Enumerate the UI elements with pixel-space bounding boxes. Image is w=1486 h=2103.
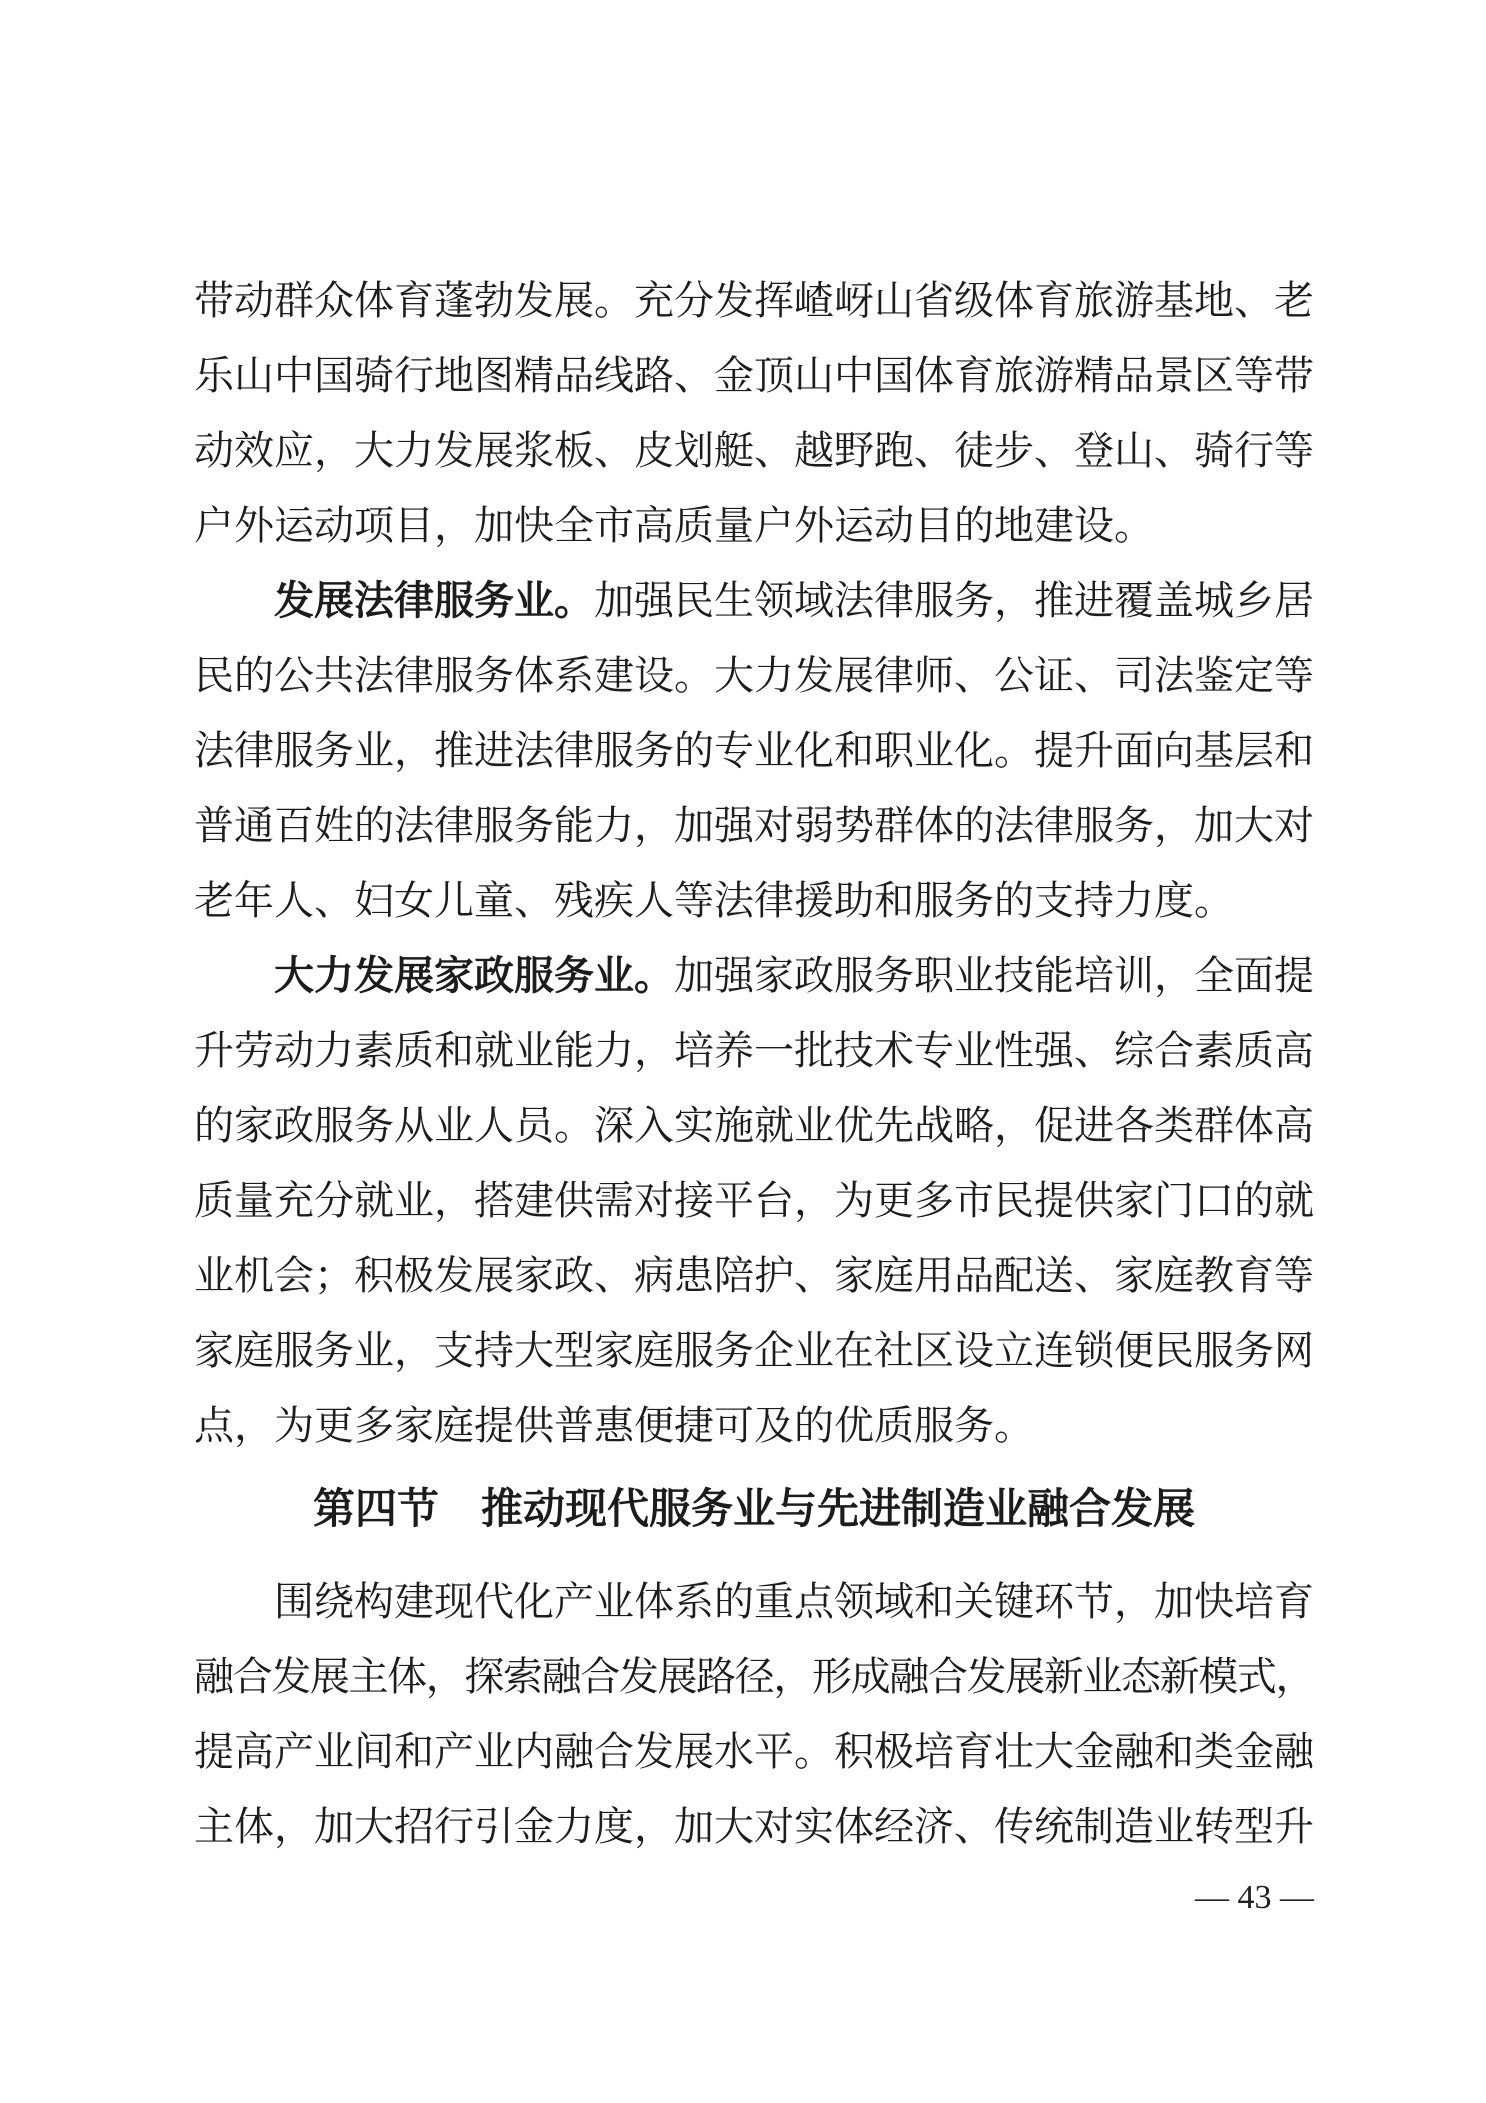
document-page: 带动群众体育蓬勃发展。充分发挥嵖岈山省级体育旅游基地、老 乐山中国骑行地图精品线…: [0, 0, 1486, 2103]
body-line: 点，为更多家庭提供普惠便捷可及的优质服务。: [194, 1388, 1314, 1463]
document-text-block: 带动群众体育蓬勃发展。充分发挥嵖岈山省级体育旅游基地、老 乐山中国骑行地图精品线…: [194, 263, 1314, 1918]
paragraph-lead-legal-services: 发展法律服务业。: [274, 579, 594, 623]
body-line: 质量充分就业，搭建供需对接平台，为更多市民提供家门口的就: [194, 1163, 1314, 1238]
body-line: 主体，加大招行引金力度，加大对实体经济、传统制造业转型升: [194, 1789, 1314, 1864]
body-text: 加强民生领域法律服务，推进覆盖城乡居: [594, 578, 1314, 623]
body-line: 带动群众体育蓬勃发展。充分发挥嵖岈山省级体育旅游基地、老: [194, 263, 1314, 338]
body-line: 法律服务业，推进法律服务的专业化和职业化。提升面向基层和: [194, 713, 1314, 788]
body-line: 的家政服务从业人员。深入实施就业优先战略，促进各类群体高: [194, 1088, 1314, 1163]
body-line: 民的公共法律服务体系建设。大力发展律师、公证、司法鉴定等: [194, 638, 1314, 713]
body-line: 业机会；积极发展家政、病患陪护、家庭用品配送、家庭教育等: [194, 1238, 1314, 1313]
body-line: 融合发展主体，探索融合发展路径，形成融合发展新业态新模式，: [194, 1639, 1314, 1714]
paragraph-lead-domestic-services: 大力发展家政服务业。: [274, 954, 674, 998]
body-line: 提高产业间和产业内融合发展水平。积极培育壮大金融和类金融: [194, 1714, 1314, 1789]
body-line: 普通百姓的法律服务能力，加强对弱势群体的法律服务，加大对: [194, 788, 1314, 863]
body-line: 老年人、妇女儿童、残疾人等法律援助和服务的支持力度。: [194, 863, 1314, 938]
body-line: 户外运动项目，加快全市高质量户外运动目的地建设。: [194, 488, 1314, 563]
body-line: 动效应，大力发展浆板、皮划艇、越野跑、徒步、登山、骑行等: [194, 413, 1314, 488]
section-heading: 第四节 推动现代服务业与先进制造业融合发展: [194, 1471, 1314, 1546]
body-line: 升劳动力素质和就业能力，培养一批技术专业性强、综合素质高: [194, 1013, 1314, 1088]
body-text: 加强家政服务职业技能培训，全面提: [674, 953, 1314, 998]
body-line: 大力发展家政服务业。加强家政服务职业技能培训，全面提: [194, 938, 1314, 1013]
page-number: — 43 —: [194, 1878, 1314, 1918]
body-line: 乐山中国骑行地图精品线路、金顶山中国体育旅游精品景区等带: [194, 338, 1314, 413]
body-line: 围绕构建现代化产业体系的重点领域和关键环节，加快培育: [194, 1564, 1314, 1639]
body-line: 家庭服务业，支持大型家庭服务企业在社区设立连锁便民服务网: [194, 1313, 1314, 1388]
body-line: 发展法律服务业。加强民生领域法律服务，推进覆盖城乡居: [194, 563, 1314, 638]
